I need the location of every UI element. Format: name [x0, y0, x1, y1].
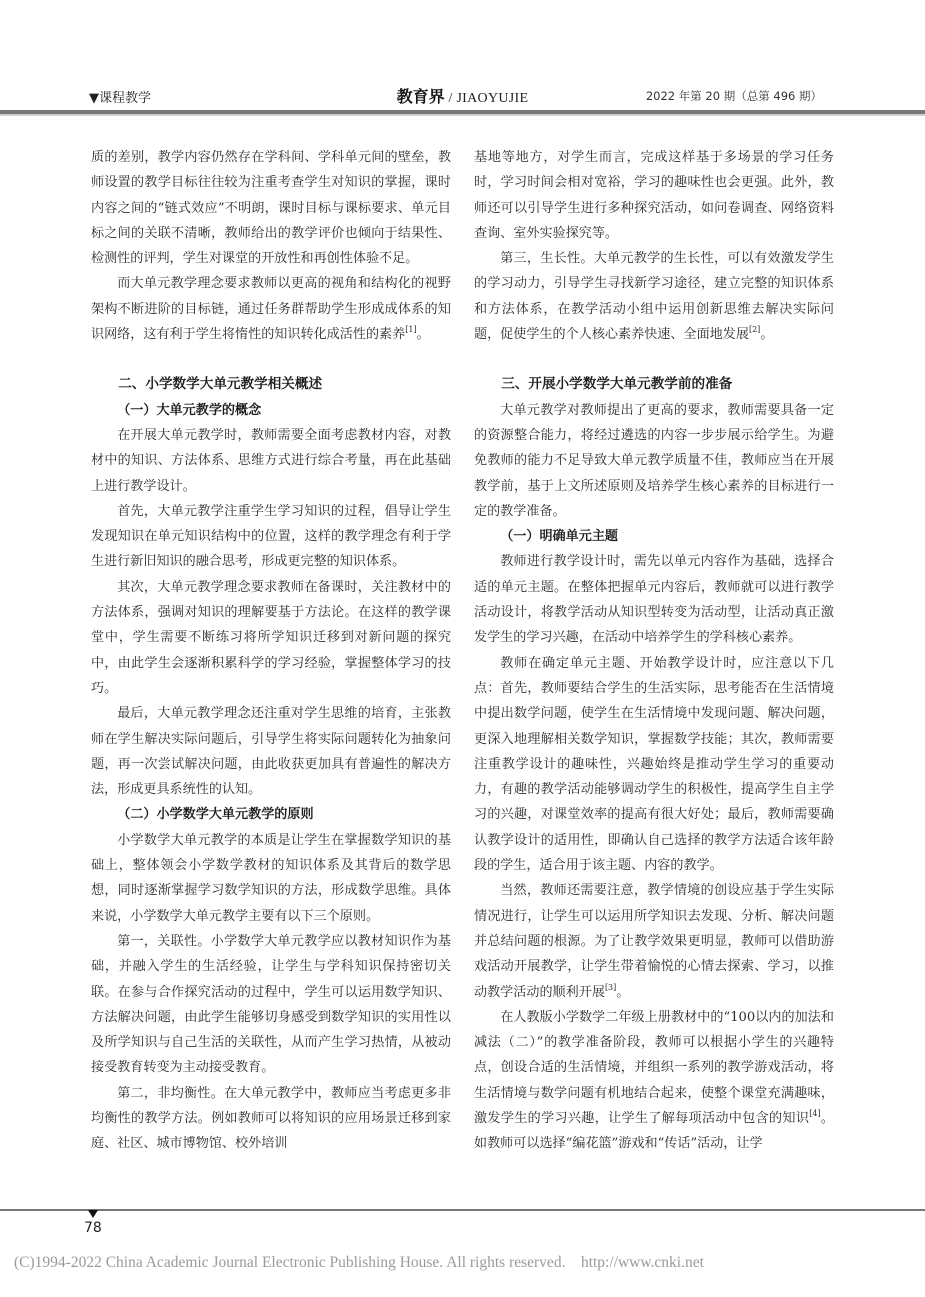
paragraph: 第二，非均衡性。在大单元教学中，教师应当考虑更多非均衡性的教学方法。例如教师可以… [91, 1081, 451, 1157]
paragraph: 质的差别，教学内容仍然存在学科间、学科单元间的壁垒，教师设置的教学目标往往较为注… [91, 145, 451, 271]
citation-ref: [2] [749, 325, 760, 334]
paragraph: 教师进行教学设计时，需先以单元内容作为基础，选择合适的单元主题。在整体把握单元内… [474, 549, 834, 650]
paragraph: 其次，大单元教学理念要求教师在备课时，关注教材中的方法体系，强调对知识的理解要基… [91, 575, 451, 701]
section-heading: 二、小学数学大单元教学相关概述 [91, 372, 451, 397]
journal-name-separator: / [445, 91, 457, 106]
paragraph: 首先，大单元教学注重学生学习知识的过程，倡导让学生发现知识在单元知识结构中的位置… [91, 499, 451, 575]
paragraph: 在人教版小学数学二年级上册教材中的“100以内的加法和减法（二）”的教学准备阶段… [474, 1005, 834, 1157]
paragraph: 教师在确定单元主题、开始教学设计时，应注意以下几点：首先，教师要结合学生的生活实… [474, 651, 834, 879]
spacer [91, 347, 451, 372]
paragraph: 第三，生长性。大单元教学的生长性，可以有效激发学生的学习动力，引导学生寻找新学习… [474, 246, 834, 347]
subsection-heading: （一）明确单元主题 [474, 524, 834, 549]
page-number: 78 [84, 1220, 102, 1236]
issue-info: 2022 年第 20 期（总第 496 期） [646, 88, 822, 104]
citation-ref: [3] [605, 983, 616, 992]
paragraph: 第一，关联性。小学数学大单元教学应以教材知识作为基础，并融入学生的生活经验，让学… [91, 929, 451, 1081]
paragraph-end: 。 [760, 327, 773, 342]
paragraph-text: 第三，生长性。大单元教学的生长性，可以有效激发学生的学习动力，引导学生寻找新学习… [474, 251, 834, 342]
header-divider [0, 110, 925, 116]
paragraph-text: 在人教版小学数学二年级上册教材中的“100以内的加法和减法（二）”的教学准备阶段… [474, 1010, 834, 1126]
left-column: 质的差别，教学内容仍然存在学科间、学科单元间的壁垒，教师设置的教学目标往往较为注… [91, 145, 451, 1157]
paragraph: 在开展大单元教学时，教师需要全面考虑教材内容，对教材中的知识、方法体系、思维方式… [91, 423, 451, 499]
paragraph-end: 。 [616, 985, 629, 1000]
paragraph: 基地等地方，对学生而言，完成这样基于多场景的学习任务时，学习时间会相对宽裕，学习… [474, 145, 834, 246]
paragraph-text: 而大单元教学理念要求教师以更高的视角和结构化的视野架构不断进阶的目标链，通过任务… [91, 276, 451, 342]
journal-name-latin: JIAOYUJIE [456, 91, 528, 106]
running-header: ▼课程教学 教育界 / JIAOYUJIE 2022 年第 20 期（总第 49… [0, 84, 925, 108]
page-marker-triangle-icon [88, 1210, 98, 1218]
section-heading: 三、开展小学数学大单元教学前的准备 [474, 372, 834, 397]
paragraph: 当然，教师还需要注意，教学情境的创设应基于学生实际情况进行，让学生可以运用所学知… [474, 878, 834, 1004]
citation-ref: [1] [405, 325, 416, 334]
right-column: 基地等地方，对学生而言，完成这样基于多场景的学习任务时，学习时间会相对宽裕，学习… [474, 145, 834, 1157]
copyright-notice: (C)1994-2022 China Academic Journal Elec… [14, 1254, 704, 1272]
spacer [474, 347, 834, 372]
paragraph: 小学数学大单元教学的本质是让学生在掌握数学知识的基础上，整体领会小学数学教材的知… [91, 828, 451, 929]
footer-divider [0, 1209, 925, 1211]
citation-ref: [4] [809, 1109, 820, 1118]
subsection-heading: （一）大单元教学的概念 [91, 398, 451, 423]
paragraph: 而大单元教学理念要求教师以更高的视角和结构化的视野架构不断进阶的目标链，通过任务… [91, 271, 451, 347]
paragraph: 最后，大单元教学理念还注重对学生思维的培育，主张教师在学生解决实际问题后，引导学… [91, 701, 451, 802]
subsection-heading: （二）小学数学大单元教学的原则 [91, 802, 451, 827]
paragraph-end: 。 [417, 327, 430, 342]
journal-name-cn: 教育界 [397, 87, 445, 106]
paragraph: 大单元教学对教师提出了更高的要求，教师需要具备一定的资源整合能力，将经过遴选的内… [474, 398, 834, 524]
paragraph-text: 当然，教师还需要注意，教学情境的创设应基于学生实际情况进行，让学生可以运用所学知… [474, 883, 834, 999]
